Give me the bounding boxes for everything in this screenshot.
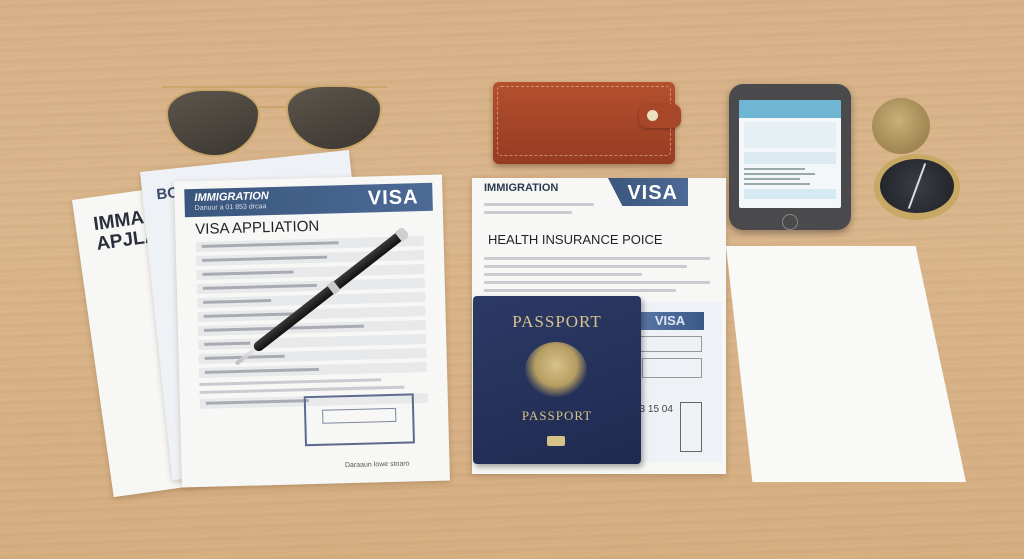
insurance-visa-badge-band: VISA	[608, 178, 688, 206]
insurance-heading: HEALTH INSURANCE POICE	[488, 232, 663, 247]
wallet	[493, 82, 675, 164]
wallet-clasp	[639, 104, 681, 128]
insurance-header-title: IMMIGRATION	[484, 182, 558, 194]
home-button	[782, 214, 798, 230]
compass-dial	[874, 154, 960, 220]
blank-sheet	[726, 246, 966, 482]
form-header-title: IMMIGRATION	[194, 190, 269, 204]
phone	[729, 84, 851, 230]
eagle-seal-icon	[525, 342, 587, 400]
visa-badge: VISA	[368, 186, 419, 210]
passport-title: PASSPORT	[473, 312, 641, 332]
insurance-visa-badge: VISA	[627, 182, 678, 205]
compass-lid	[872, 98, 930, 154]
form-footer-text: Daraaun lowe stoaro	[345, 460, 410, 469]
biometric-chip-icon	[547, 436, 565, 446]
visa-application-form: IMMIGRATION Danuur a 01 853 drcaa VISA V…	[174, 175, 450, 488]
passport-subtitle: PASSPORT	[473, 408, 641, 424]
form-heading: VISA APPLIATION	[195, 215, 423, 238]
passport: PASSPORT PASSPORT	[473, 296, 641, 464]
compass	[866, 98, 962, 226]
form-header: IMMIGRATION Danuur a 01 853 drcaa VISA	[184, 183, 433, 217]
visa-sticker: VISA	[636, 312, 704, 330]
sunglasses	[158, 76, 390, 158]
phone-screen	[739, 100, 841, 208]
signature-box	[304, 393, 415, 446]
form-header-subtitle: Danuur a 01 853 drcaa	[195, 203, 267, 212]
passport-visa-page: VISA 13 15 04	[630, 302, 722, 462]
